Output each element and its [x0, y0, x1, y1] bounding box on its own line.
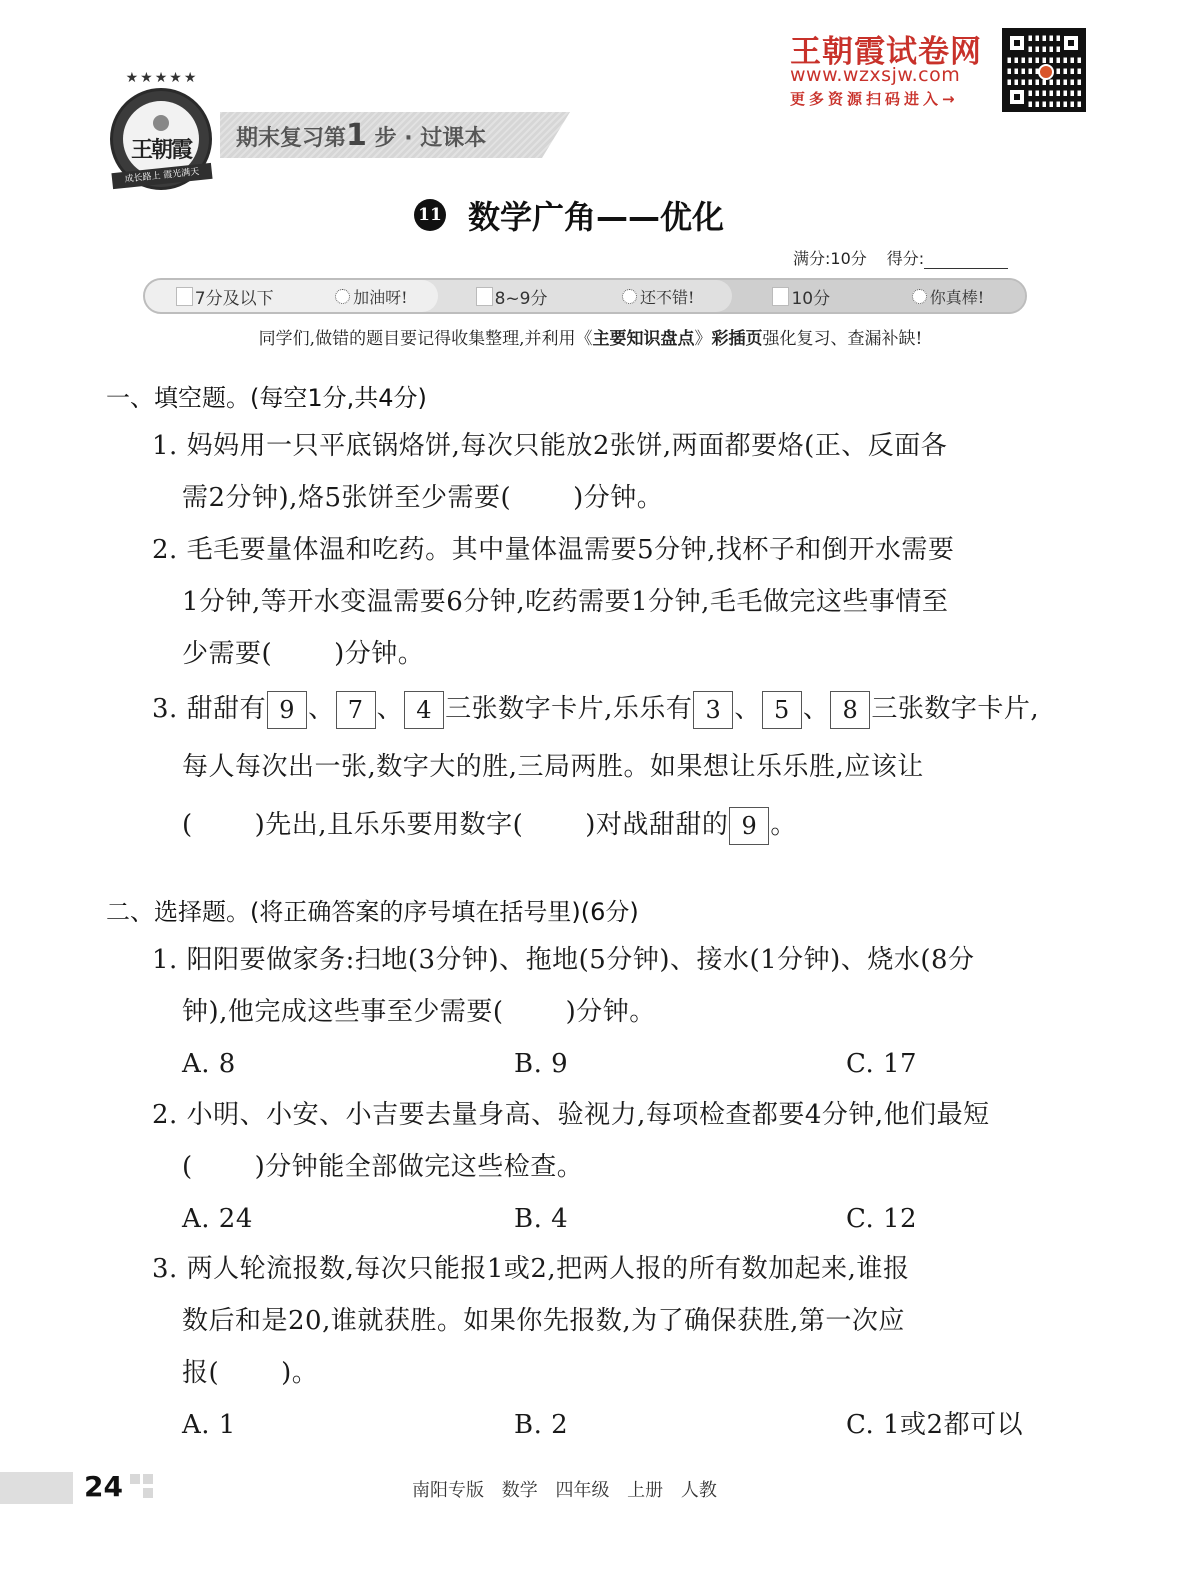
option-c[interactable]: C. 1或2都可以	[846, 1399, 1023, 1451]
cheer-mid: 还不错!	[640, 285, 694, 308]
option-c[interactable]: C. 12	[846, 1193, 917, 1245]
got-score-label: 得分:	[887, 246, 924, 269]
option-b[interactable]: B. 2	[514, 1399, 846, 1451]
checkbox-mid[interactable]	[476, 287, 493, 306]
full-score-label: 满分:10分	[793, 246, 867, 269]
number-card: 4	[404, 691, 444, 729]
cheer-high: 你真棒!	[930, 285, 984, 308]
cheer-low: 加油呀!	[353, 285, 407, 308]
options-row: A. 24 B. 4 C. 12	[152, 1193, 1072, 1245]
lesson-title-text: 数学广角——优化	[468, 192, 724, 238]
grade-segment-high: 10分 你真棒!	[714, 280, 1025, 312]
question-2-3: 3. 两人轮流报数,每次只能报1或2,把两人报的所有数加起来,谁报 数后和是20…	[152, 1243, 1072, 1451]
options-row: A. 1 B. 2 C. 1或2都可以	[152, 1399, 1072, 1451]
reminder-text: 同学们,做错的题目要记得收集整理,并利用《主要知识盘点》彩插页强化复习、查漏补缺…	[0, 324, 1181, 349]
happy-face-icon	[912, 289, 927, 304]
brand-ad[interactable]: 王朝霞试卷网 www.wzxsjw.com 更多资源扫码进入→	[786, 26, 1086, 116]
checkbox-high[interactable]	[772, 287, 789, 306]
page-number: 24	[84, 1470, 123, 1503]
logo-name: 王朝霞	[131, 133, 191, 164]
checkbox-low[interactable]	[176, 287, 193, 306]
number-card: 7	[336, 691, 376, 729]
step-prefix: 期末复习第	[236, 126, 346, 151]
score-blank[interactable]	[924, 251, 1008, 269]
option-a[interactable]: A. 24	[182, 1193, 514, 1245]
number-card: 9	[729, 807, 769, 845]
grade-range-mid: 8~9分	[495, 284, 548, 309]
step-suffix: 步 · 过课本	[375, 126, 487, 151]
step-number: 1	[346, 118, 367, 153]
number-card: 8	[830, 691, 870, 729]
grade-bar: 7分及以下 加油呀! 8~9分 还不错! 10分 你真棒!	[143, 278, 1027, 314]
number-card: 9	[267, 691, 307, 729]
brand-subtitle: 更多资源扫码进入→	[790, 88, 959, 109]
grade-range-low: 7分及以下	[195, 284, 274, 309]
option-a[interactable]: A. 8	[182, 1038, 514, 1090]
smile-face-icon	[622, 289, 637, 304]
grade-segment-mid: 8~9分 还不错!	[420, 280, 731, 312]
qr-logo-icon	[1038, 64, 1054, 80]
lesson-number-badge: 11	[414, 199, 446, 231]
options-row: A. 8 B. 9 C. 17	[152, 1038, 1072, 1090]
section-choice-heading: 二、选择题。(将正确答案的序号填在括号里)(6分)	[106, 892, 639, 927]
portrait-icon	[153, 115, 169, 131]
option-b[interactable]: B. 9	[514, 1038, 846, 1090]
lesson-title: 11 数学广角——优化	[414, 192, 724, 238]
brand-url[interactable]: www.wzxsjw.com	[790, 64, 960, 86]
option-a[interactable]: A. 1	[182, 1399, 514, 1451]
option-b[interactable]: B. 4	[514, 1193, 846, 1245]
question-1-1: 1. 妈妈用一只平底锅烙饼,每次只能放2张饼,两面都要烙(正、反面各 需2分钟)…	[152, 420, 1072, 524]
question-1-3: 3. 甜甜有9、7、4三张数字卡片,乐乐有3、5、8三张数字卡片, 每人每次出一…	[152, 680, 1072, 854]
footer-gray-block	[0, 1472, 73, 1504]
option-c[interactable]: C. 17	[846, 1038, 917, 1090]
score-line: 满分:10分 得分:	[793, 246, 1008, 269]
grade-range-high: 10分	[791, 284, 830, 309]
footer-book-info: 南阳专版 数学 四年级 上册 人教	[412, 1476, 717, 1502]
publisher-logo: ★★★★★ 王朝霞 成长路上 霞光满天	[108, 70, 214, 188]
sad-face-icon	[335, 289, 350, 304]
step-banner: 期末复习第1 步 · 过课本	[220, 112, 570, 158]
grade-segment-low: 7分及以下 加油呀!	[145, 280, 438, 312]
footer-squares-decoration	[130, 1474, 158, 1504]
number-card: 3	[693, 691, 733, 729]
section-fill-blank-heading: 一、填空题。(每空1分,共4分)	[106, 378, 427, 413]
number-card: 5	[762, 691, 802, 729]
stars-decoration: ★★★★★	[112, 70, 212, 86]
question-2-1: 1. 阳阳要做家务:扫地(3分钟)、拖地(5分钟)、接水(1分钟)、烧水(8分 …	[152, 934, 1072, 1090]
question-2-2: 2. 小明、小安、小吉要去量身高、验视力,每项检查都要4分钟,他们最短 ()分钟…	[152, 1089, 1072, 1245]
qr-code-icon[interactable]	[1002, 28, 1086, 112]
question-1-2: 2. 毛毛要量体温和吃药。其中量体温需要5分钟,找杯子和倒开水需要 1分钟,等开…	[152, 524, 1072, 680]
